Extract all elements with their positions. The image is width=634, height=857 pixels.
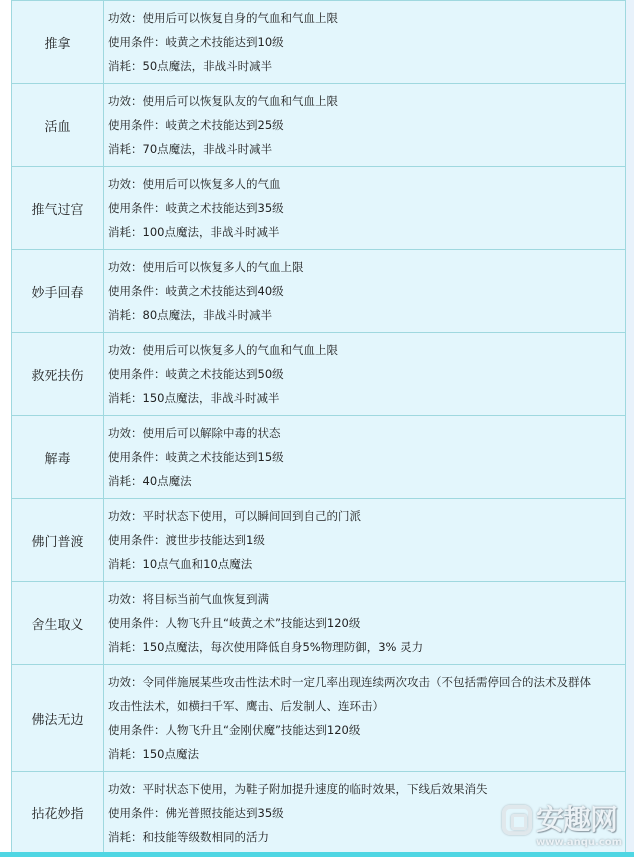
condition-line: 使用条件：岐黄之术技能达到50级: [108, 362, 625, 386]
skill-description: 功效：使用后可以恢复多人的气血上限 使用条件：岐黄之术技能达到40级 消耗：80…: [104, 250, 626, 333]
condition-line: 使用条件：岐黄之术技能达到35级: [108, 196, 625, 220]
skill-table: 推拿 功效：使用后可以恢复自身的气血和气血上限 使用条件：岐黄之术技能达到10级…: [11, 0, 626, 854]
effect-line: 功效：使用后可以解除中毒的状态: [108, 421, 625, 445]
cost-line: 消耗：150点魔法: [108, 742, 625, 766]
skill-name: 推气过宫: [12, 167, 104, 250]
skill-name: 活血: [12, 84, 104, 167]
effect-line: 功效：令同伴施展某些攻击性法术时一定几率出现连续两次攻击（不包括需停回合的法术及…: [108, 670, 625, 694]
skill-description: 功效：使用后可以解除中毒的状态 使用条件：岐黄之术技能达到15级 消耗：40点魔…: [104, 416, 626, 499]
condition-line: 使用条件：岐黄之术技能达到15级: [108, 445, 625, 469]
table-row: 推气过宫 功效：使用后可以恢复多人的气血 使用条件：岐黄之术技能达到35级 消耗…: [12, 167, 626, 250]
skill-description: 功效：使用后可以恢复多人的气血和气血上限 使用条件：岐黄之术技能达到50级 消耗…: [104, 333, 626, 416]
effect-line: 功效：使用后可以恢复多人的气血: [108, 172, 625, 196]
cost-line: 消耗：150点魔法，每次使用降低自身5%物理防御，3% 灵力: [108, 635, 625, 659]
skill-name: 舍生取义: [12, 582, 104, 665]
condition-line: 使用条件：岐黄之术技能达到10级: [108, 30, 625, 54]
cost-line: 消耗：100点魔法，非战斗时减半: [108, 220, 625, 244]
cost-line: 消耗：70点魔法，非战斗时减半: [108, 137, 625, 161]
page-right-margin: [626, 0, 634, 852]
condition-line: 使用条件：人物飞升且“金刚伏魔”技能达到120级: [108, 718, 625, 742]
skill-description: 功效：将目标当前气血恢复到满 使用条件：人物飞升且“岐黄之术”技能达到120级 …: [104, 582, 626, 665]
effect-line: 功效：使用后可以恢复队友的气血和气血上限: [108, 89, 625, 113]
cost-line: 消耗：150点魔法，非战斗时减半: [108, 386, 625, 410]
table-row: 佛门普渡 功效：平时状态下使用，可以瞬间回到自己的门派 使用条件：渡世步技能达到…: [12, 499, 626, 582]
anqu-logo-icon: [502, 805, 532, 835]
cost-line: 消耗：10点气血和10点魔法: [108, 552, 625, 576]
effect-line: 功效：将目标当前气血恢复到满: [108, 587, 625, 611]
effect-line: 功效：平时状态下使用，可以瞬间回到自己的门派: [108, 504, 625, 528]
cost-line: 消耗：80点魔法，非战斗时减半: [108, 303, 625, 327]
condition-line: 使用条件：渡世步技能达到1级: [108, 528, 625, 552]
skill-name: 佛法无边: [12, 665, 104, 772]
skill-name: 妙手回春: [12, 250, 104, 333]
effect-line: 功效：使用后可以恢复多人的气血上限: [108, 255, 625, 279]
skill-description: 功效：使用后可以恢复自身的气血和气血上限 使用条件：岐黄之术技能达到10级 消耗…: [104, 1, 626, 84]
table-row: 妙手回春 功效：使用后可以恢复多人的气血上限 使用条件：岐黄之术技能达到40级 …: [12, 250, 626, 333]
table-row: 佛法无边 功效：令同伴施展某些攻击性法术时一定几率出现连续两次攻击（不包括需停回…: [12, 665, 626, 772]
skill-description: 功效：使用后可以恢复多人的气血 使用条件：岐黄之术技能达到35级 消耗：100点…: [104, 167, 626, 250]
table-row: 舍生取义 功效：将目标当前气血恢复到满 使用条件：人物飞升且“岐黄之术”技能达到…: [12, 582, 626, 665]
skill-name: 解毒: [12, 416, 104, 499]
skill-name: 救死扶伤: [12, 333, 104, 416]
skill-name: 拈花妙指: [12, 772, 104, 854]
effect-line: 功效：使用后可以恢复多人的气血和气血上限: [108, 338, 625, 362]
bottom-accent-bar: [0, 852, 634, 857]
effect-line: 功效：平时状态下使用，为鞋子附加提升速度的临时效果，下线后效果消失: [108, 777, 625, 801]
table-row: 推拿 功效：使用后可以恢复自身的气血和气血上限 使用条件：岐黄之术技能达到10级…: [12, 1, 626, 84]
cost-line: 消耗：50点魔法，非战斗时减半: [108, 54, 625, 78]
condition-line: 使用条件：岐黄之术技能达到40级: [108, 279, 625, 303]
table-row: 救死扶伤 功效：使用后可以恢复多人的气血和气血上限 使用条件：岐黄之术技能达到5…: [12, 333, 626, 416]
watermark: 安趣网 www.anqu.com: [502, 801, 630, 851]
skill-name: 佛门普渡: [12, 499, 104, 582]
skill-name: 推拿: [12, 1, 104, 84]
condition-line: 使用条件：岐黄之术技能达到25级: [108, 113, 625, 137]
effect-line-continued: 攻击性法术，如横扫千军、鹰击、后发制人、连环击）: [108, 694, 625, 718]
table-row: 活血 功效：使用后可以恢复队友的气血和气血上限 使用条件：岐黄之术技能达到25级…: [12, 84, 626, 167]
effect-line: 功效：使用后可以恢复自身的气血和气血上限: [108, 6, 625, 30]
condition-line: 使用条件：人物飞升且“岐黄之术”技能达到120级: [108, 611, 625, 635]
cost-line: 消耗：40点魔法: [108, 469, 625, 493]
skill-description: 功效：令同伴施展某些攻击性法术时一定几率出现连续两次攻击（不包括需停回合的法术及…: [104, 665, 626, 772]
watermark-brand: 安趣网: [536, 803, 617, 837]
table-row: 解毒 功效：使用后可以解除中毒的状态 使用条件：岐黄之术技能达到15级 消耗：4…: [12, 416, 626, 499]
skill-description: 功效：使用后可以恢复队友的气血和气血上限 使用条件：岐黄之术技能达到25级 消耗…: [104, 84, 626, 167]
skill-description: 功效：平时状态下使用，可以瞬间回到自己的门派 使用条件：渡世步技能达到1级 消耗…: [104, 499, 626, 582]
watermark-url: www.anqu.com: [536, 837, 622, 849]
